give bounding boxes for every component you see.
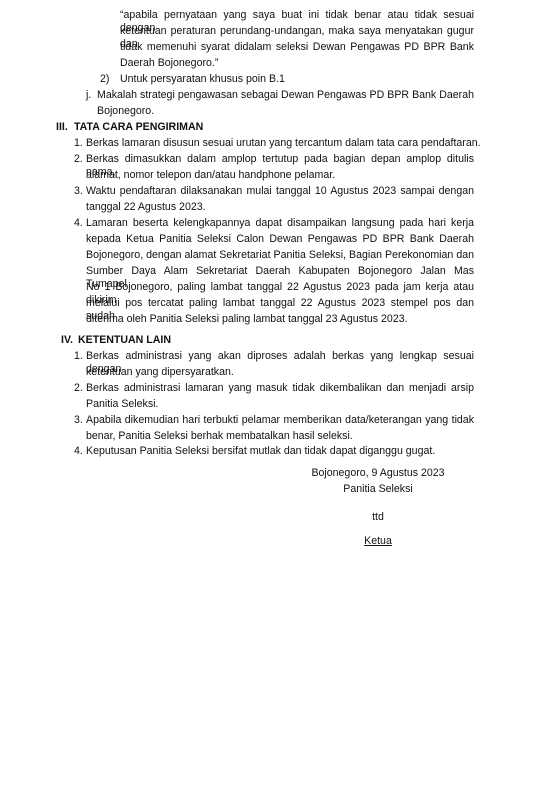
list-item-text: Bojonegoro. [97,105,154,118]
signed-note: ttd [300,511,456,524]
list-marker: 3. [74,185,83,198]
section-heading: TATA CARA PENGIRIMAN [74,121,203,134]
list-item-text: alamat, nomor telepon dan/atau handphone… [86,169,335,182]
list-item-text: Apabila dikemudian hari terbukti pelamar… [86,414,474,427]
list-item-text: kepada Ketua Panitia Seleksi Calon Dewan… [86,233,474,246]
place-date: Bojonegoro, 9 Agustus 2023 [300,467,456,480]
list-item-text: ketentuan yang dipersyaratkan. [86,366,234,379]
list-item-text: Waktu pendaftaran dilaksanakan mulai tan… [86,185,474,198]
list-marker: 4. [74,445,83,458]
list-marker: 1. [74,137,83,150]
list-marker: 2) [100,73,109,86]
signatory-role-text: Ketua [364,535,392,547]
list-marker: 1. [74,350,83,363]
list-item-text: Berkas lamaran disusun sesuai urutan yan… [86,137,481,150]
list-item-text: Panitia Seleksi. [86,398,158,411]
list-item-text: benar, Panitia Seleksi berhak membatalka… [86,430,353,443]
list-item-text: tanggal 22 Agustus 2023. [86,201,206,214]
section-numeral: III. [56,121,68,134]
signatory-role: Ketua [300,535,456,548]
list-item-text: Untuk persyaratan khusus poin B.1 [120,73,285,86]
list-marker: 3. [74,414,83,427]
list-item-text: Bojonegoro, dengan alamat Sekretariat Pa… [86,249,474,262]
committee-name: Panitia Seleksi [300,483,456,496]
list-item-text: Keputusan Panitia Seleksi bersifat mutla… [86,445,435,458]
list-item-text: diterima oleh Panitia Seleksi paling lam… [86,313,408,326]
list-item-text: Lamaran beserta kelengkapannya dapat dis… [86,217,474,230]
list-item-text: Makalah strategi pengawasan sebagai Dewa… [97,89,474,102]
section-numeral: IV. [61,334,73,347]
list-marker: j. [86,89,91,102]
list-marker: 2. [74,382,83,395]
quote-line: Daerah Bojonegoro.” [120,57,218,70]
list-marker: 2. [74,153,83,166]
list-item-text: Berkas administrasi lamaran yang masuk t… [86,382,474,395]
list-marker: 4. [74,217,83,230]
section-heading: KETENTUAN LAIN [78,334,171,347]
quote-line: tidak memenuhi syarat didalam seleksi De… [120,41,474,54]
